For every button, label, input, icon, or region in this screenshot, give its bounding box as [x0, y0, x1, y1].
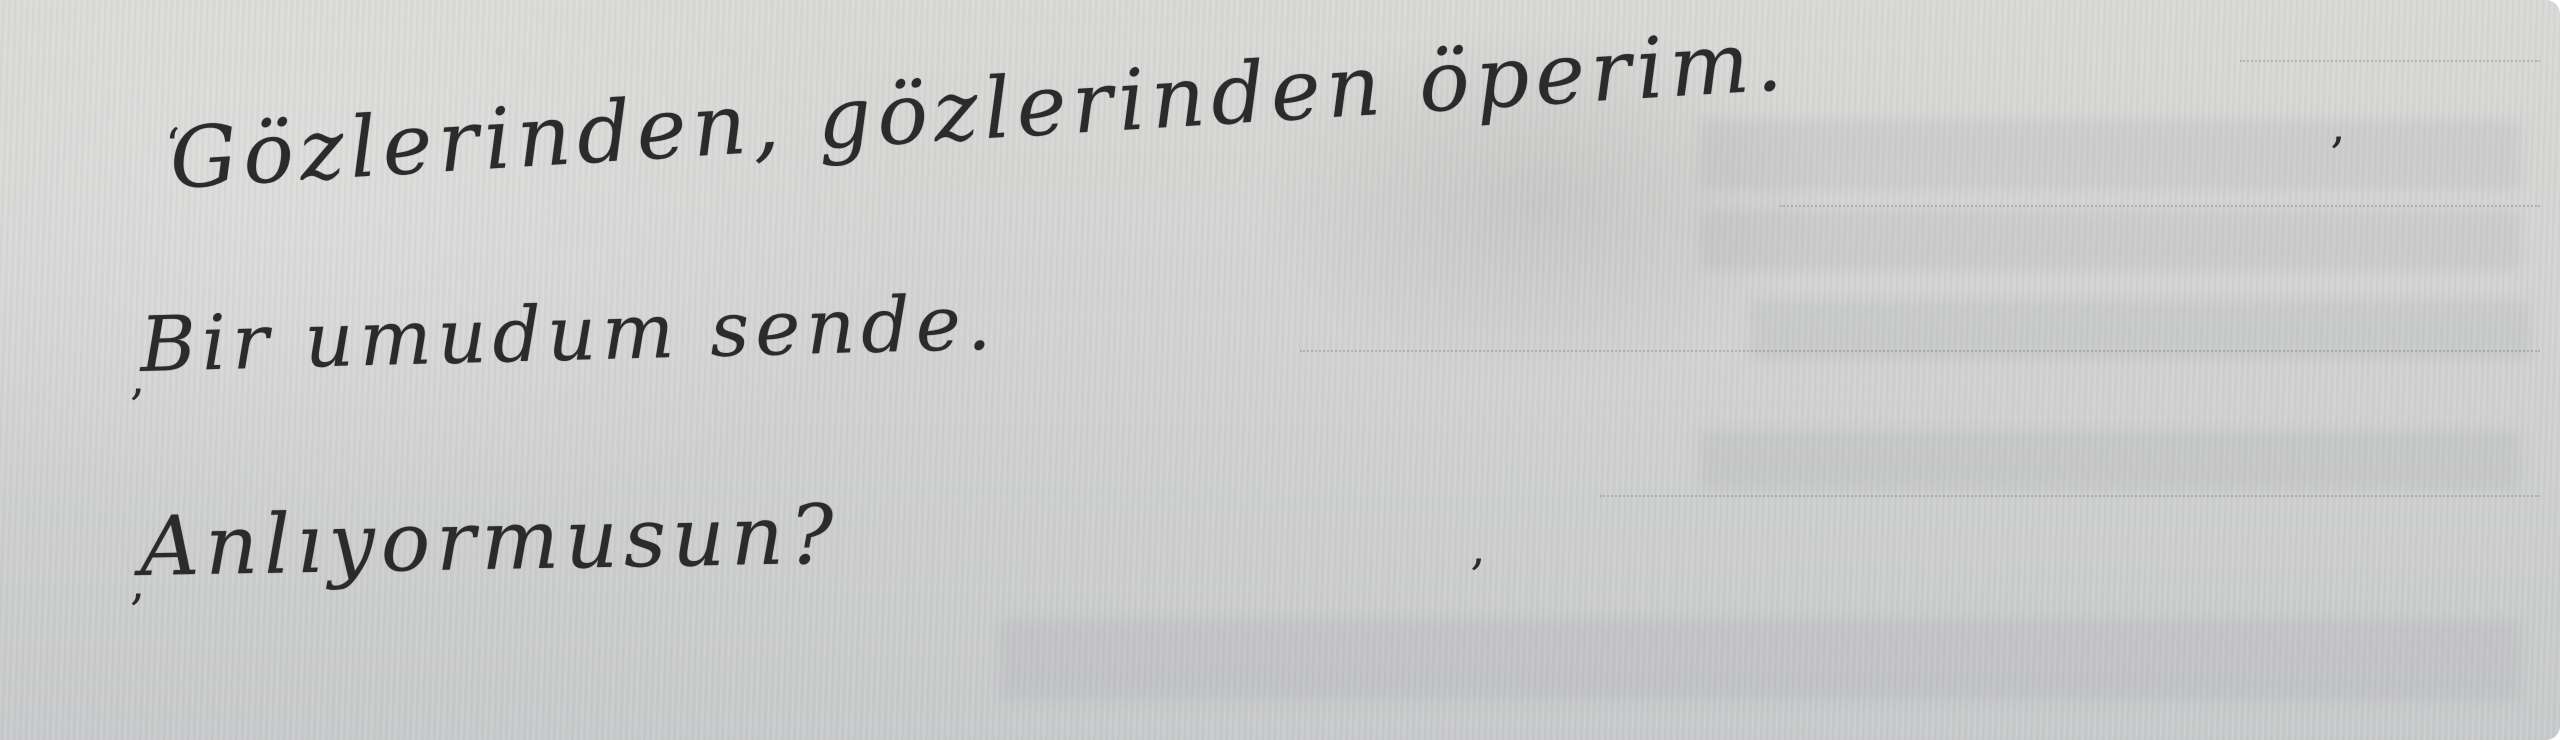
show-through-text-block [1700, 210, 2520, 270]
handwritten-line-2: Bir umudum sende. [139, 278, 998, 389]
show-through-text-block [1700, 430, 2520, 490]
show-through-dotted-line [1300, 350, 2540, 354]
show-through-text-block [1700, 120, 2520, 190]
handwritten-line-1: Gözlerinden, gözlerinden öperim. [167, 11, 1791, 208]
show-through-dotted-line [2240, 60, 2540, 64]
show-through-dotted-line [1600, 495, 2540, 499]
line-1-close-mark: ‚ [2330, 98, 2345, 154]
line-3-close-mark: ‚ [1470, 520, 1485, 576]
handwritten-line-3: Anlıyormusun? [139, 488, 840, 595]
show-through-text-block [1000, 620, 2520, 700]
show-through-dotted-line [1780, 205, 2540, 209]
handwritten-note-photo: ʻ Gözlerinden, gözlerinden öperim. ‚ , B… [0, 0, 2560, 740]
